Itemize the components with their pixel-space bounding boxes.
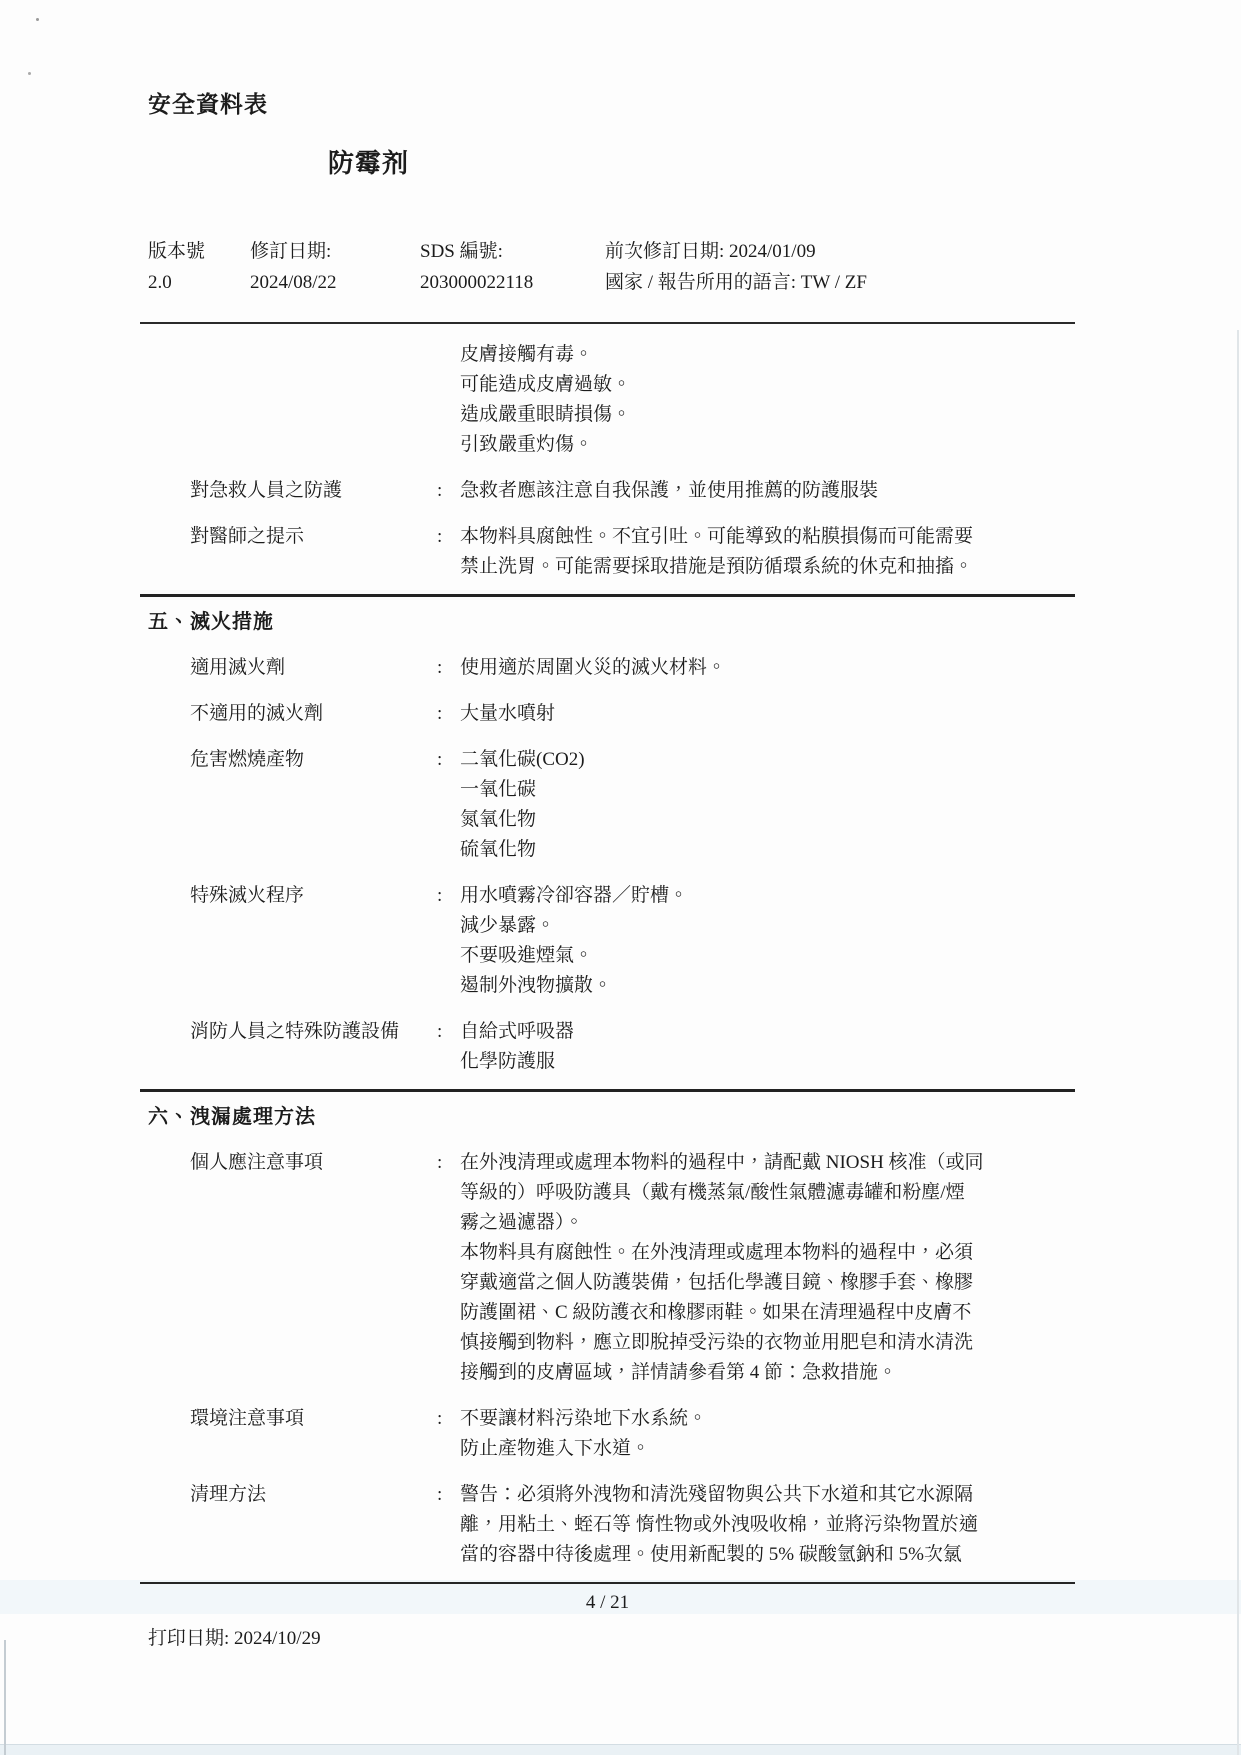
header-revision-date: 修訂日期: 2024/08/22 (250, 236, 337, 298)
field-value: 在外洩清理或處理本物料的過程中，請配戴 NIOSH 核准（或同等級的）呼吸防護具… (460, 1148, 1075, 1388)
value-line: 遏制外洩物擴散。 (460, 971, 1075, 1001)
value-line: 造成嚴重眼睛損傷。 (460, 400, 1075, 430)
value-line: 禁止洗胃。可能需要採取措施是預防循環系統的休克和抽搐。 (460, 552, 1075, 582)
scan-edge-bottom (0, 1744, 1241, 1755)
sds-document-page: 安全資料表 防霉剂 版本號 2.0 修訂日期: 2024/08/22 SDS 編… (0, 0, 1241, 1755)
field-value: 急救者應該注意自我保護，並使用推薦的防護服裝 (460, 476, 1075, 506)
field-value: 二氧化碳(CO2)一氧化碳氮氧化物硫氧化物 (460, 745, 1075, 865)
section-title: 六、洩漏處理方法 (140, 1102, 1075, 1132)
field-colon: : (437, 1480, 460, 1570)
field-label (140, 340, 437, 460)
value-line: 本物料具有腐蝕性。在外洩清理或處理本物料的過程中，必須 (460, 1238, 1075, 1268)
sections: 皮膚接觸有毒。可能造成皮膚過敏。造成嚴重眼睛損傷。引致嚴重灼傷。對急救人員之防護… (140, 340, 1075, 1570)
section-title: 五、滅火措施 (140, 607, 1075, 637)
field-value: 本物料具腐蝕性。不宜引吐。可能導致的粘膜損傷而可能需要禁止洗胃。可能需要採取措施… (460, 522, 1075, 582)
header-prev-revision-line: 前次修訂日期: 2024/01/09 (605, 236, 867, 267)
field-colon: : (437, 1017, 460, 1077)
field-label: 對急救人員之防護 (140, 476, 437, 506)
document-title: 安全資料表 (148, 86, 268, 119)
value-line: 慎接觸到物料，應立即脫掉受污染的衣物並用肥皂和清水清洗 (460, 1328, 1075, 1358)
field-label: 對醫師之提示 (140, 522, 437, 582)
field-colon (437, 340, 460, 460)
page-number: 4 / 21 (140, 1588, 1075, 1618)
value-line: 硫氧化物 (460, 835, 1075, 865)
field-value: 大量水噴射 (460, 699, 1075, 729)
header-divider (140, 322, 1075, 324)
value-line: 急救者應該注意自我保護，並使用推薦的防護服裝 (460, 476, 1075, 506)
field-row: 不適用的滅火劑:大量水噴射 (140, 699, 1075, 729)
value-line: 自給式呼吸器 (460, 1017, 1075, 1047)
field-value: 自給式呼吸器化學防護服 (460, 1017, 1075, 1077)
value-line: 防護圍裙、C 級防護衣和橡膠雨鞋。如果在清理過程中皮膚不 (460, 1298, 1075, 1328)
value-line: 使用適於周圍火災的滅火材料。 (460, 653, 1075, 683)
field-row: 個人應注意事項:在外洩清理或處理本物料的過程中，請配戴 NIOSH 核准（或同等… (140, 1148, 1075, 1388)
product-name: 防霉剂 (328, 143, 409, 180)
header-version-label: 版本號 (148, 236, 205, 267)
value-line: 穿戴適當之個人防護裝備，包括化學護目鏡、橡膠手套、橡膠 (460, 1268, 1075, 1298)
field-colon: : (437, 1404, 460, 1464)
section-divider (140, 1089, 1075, 1092)
section-first-aid-continued: 皮膚接觸有毒。可能造成皮膚過敏。造成嚴重眼睛損傷。引致嚴重灼傷。對急救人員之防護… (140, 340, 1075, 582)
value-line: 不要吸進煙氣。 (460, 941, 1075, 971)
value-line: 接觸到的皮膚區域，詳情請參看第 4 節：急救措施。 (460, 1358, 1075, 1388)
header-sds-number: SDS 編號: 203000022118 (420, 236, 533, 298)
field-colon: : (437, 881, 460, 1001)
field-value: 警告：必須將外洩物和清洗殘留物與公共下水道和其它水源隔離，用粘土、蛭石等 惰性物… (460, 1480, 1075, 1570)
value-line: 警告：必須將外洩物和清洗殘留物與公共下水道和其它水源隔 (460, 1480, 1075, 1510)
value-line: 二氧化碳(CO2) (460, 745, 1075, 775)
value-line: 大量水噴射 (460, 699, 1075, 729)
scan-speck (36, 18, 39, 21)
value-line: 霧之過濾器）。 (460, 1208, 1075, 1238)
scan-speck (28, 72, 31, 75)
field-row: 皮膚接觸有毒。可能造成皮膚過敏。造成嚴重眼睛損傷。引致嚴重灼傷。 (140, 340, 1075, 460)
scan-edge-right (1237, 330, 1239, 1755)
header-revision-date-value: 2024/08/22 (250, 267, 337, 298)
header-version: 版本號 2.0 (148, 236, 205, 298)
value-line: 防止產物進入下水道。 (460, 1434, 1075, 1464)
print-date: 打印日期: 2024/10/29 (140, 1624, 1075, 1654)
field-row: 危害燃燒產物:二氧化碳(CO2)一氧化碳氮氧化物硫氧化物 (140, 745, 1075, 865)
field-row: 特殊滅火程序:用水噴霧冷卻容器／貯槽。減少暴露。不要吸進煙氣。遏制外洩物擴散。 (140, 881, 1075, 1001)
field-row: 清理方法:警告：必須將外洩物和清洗殘留物與公共下水道和其它水源隔離，用粘土、蛭石… (140, 1480, 1075, 1570)
value-line: 引致嚴重灼傷。 (460, 430, 1075, 460)
value-line: 氮氧化物 (460, 805, 1075, 835)
header-revision-date-label: 修訂日期: (250, 236, 337, 267)
field-colon: : (437, 745, 460, 865)
value-line: 皮膚接觸有毒。 (460, 340, 1075, 370)
value-line: 一氧化碳 (460, 775, 1075, 805)
footer-divider (140, 1582, 1075, 1584)
header-country-language-line: 國家 / 報告所用的語言: TW / ZF (605, 267, 867, 298)
scan-edge-left (4, 1640, 6, 1755)
document-body: 皮膚接觸有毒。可能造成皮膚過敏。造成嚴重眼睛損傷。引致嚴重灼傷。對急救人員之防護… (140, 340, 1075, 1654)
header-sds-number-value: 203000022118 (420, 267, 533, 298)
field-label: 清理方法 (140, 1480, 437, 1570)
value-line: 離，用粘土、蛭石等 惰性物或外洩吸收棉，並將污染物置於適 (460, 1510, 1075, 1540)
field-row: 消防人員之特殊防護設備:自給式呼吸器化學防護服 (140, 1017, 1075, 1077)
value-line: 化學防護服 (460, 1047, 1075, 1077)
value-line: 可能造成皮膚過敏。 (460, 370, 1075, 400)
section-divider (140, 594, 1075, 597)
field-colon: : (437, 522, 460, 582)
value-line: 用水噴霧冷卻容器／貯槽。 (460, 881, 1075, 911)
value-line: 等級的）呼吸防護具（戴有機蒸氣/酸性氣體濾毒罐和粉塵/煙 (460, 1178, 1075, 1208)
field-label: 不適用的滅火劑 (140, 699, 437, 729)
field-label: 消防人員之特殊防護設備 (140, 1017, 437, 1077)
field-value: 不要讓材料污染地下水系統。防止產物進入下水道。 (460, 1404, 1075, 1464)
field-value: 使用適於周圍火災的滅火材料。 (460, 653, 1075, 683)
field-row: 對醫師之提示:本物料具腐蝕性。不宜引吐。可能導致的粘膜損傷而可能需要禁止洗胃。可… (140, 522, 1075, 582)
field-value: 用水噴霧冷卻容器／貯槽。減少暴露。不要吸進煙氣。遏制外洩物擴散。 (460, 881, 1075, 1001)
field-colon: : (437, 653, 460, 683)
value-line: 不要讓材料污染地下水系統。 (460, 1404, 1075, 1434)
value-line: 減少暴露。 (460, 911, 1075, 941)
field-label: 特殊滅火程序 (140, 881, 437, 1001)
field-colon: : (437, 1148, 460, 1388)
field-label: 個人應注意事項 (140, 1148, 437, 1388)
section-5-fire-fighting: 五、滅火措施適用滅火劑:使用適於周圍火災的滅火材料。不適用的滅火劑:大量水噴射危… (140, 607, 1075, 1077)
field-colon: : (437, 476, 460, 506)
field-row: 環境注意事項:不要讓材料污染地下水系統。防止產物進入下水道。 (140, 1404, 1075, 1464)
field-colon: : (437, 699, 460, 729)
field-label: 環境注意事項 (140, 1404, 437, 1464)
field-row: 適用滅火劑:使用適於周圍火災的滅火材料。 (140, 653, 1075, 683)
field-label: 危害燃燒產物 (140, 745, 437, 865)
field-row: 對急救人員之防護:急救者應該注意自我保護，並使用推薦的防護服裝 (140, 476, 1075, 506)
value-line: 在外洩清理或處理本物料的過程中，請配戴 NIOSH 核准（或同 (460, 1148, 1075, 1178)
field-value: 皮膚接觸有毒。可能造成皮膚過敏。造成嚴重眼睛損傷。引致嚴重灼傷。 (460, 340, 1075, 460)
value-line: 當的容器中待後處理。使用新配製的 5% 碳酸氫鈉和 5%次氯 (460, 1540, 1075, 1570)
section-6-spill-handling: 六、洩漏處理方法個人應注意事項:在外洩清理或處理本物料的過程中，請配戴 NIOS… (140, 1102, 1075, 1570)
field-label: 適用滅火劑 (140, 653, 437, 683)
header-sds-number-label: SDS 編號: (420, 236, 533, 267)
header-version-value: 2.0 (148, 267, 205, 298)
header-prev-revision: 前次修訂日期: 2024/01/09 國家 / 報告所用的語言: TW / ZF (605, 236, 867, 298)
value-line: 本物料具腐蝕性。不宜引吐。可能導致的粘膜損傷而可能需要 (460, 522, 1075, 552)
